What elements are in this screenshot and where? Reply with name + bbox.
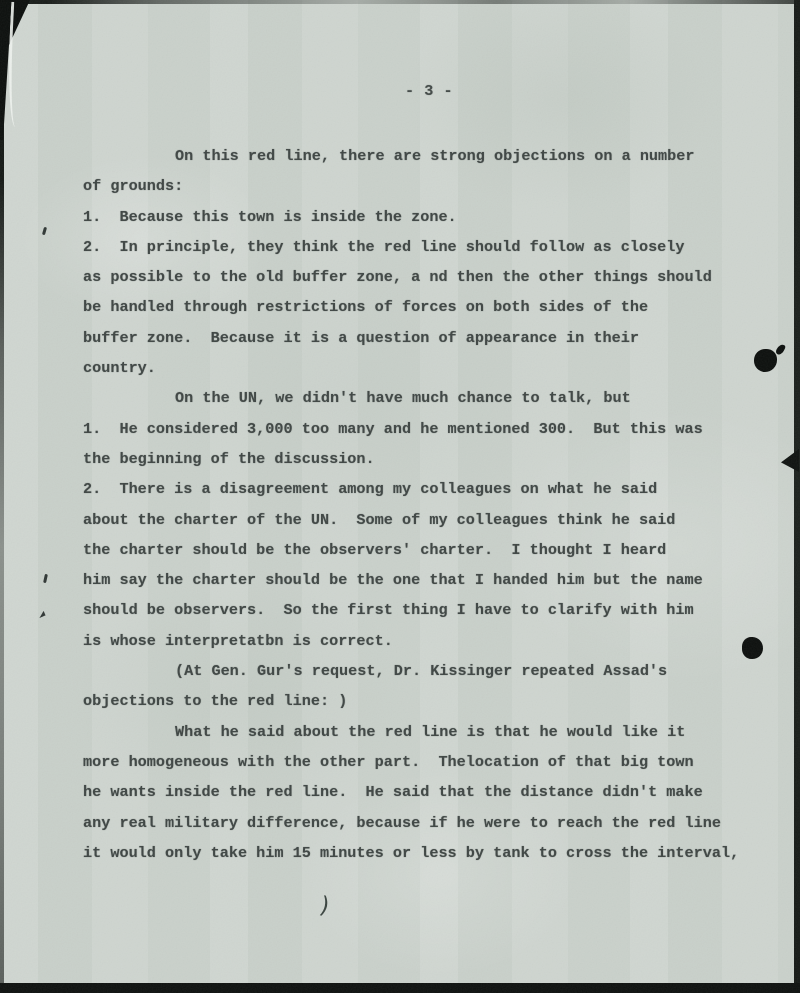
right-edge-ink-mark	[781, 449, 799, 472]
text-line: the beginning of the discussion.	[83, 444, 760, 474]
margin-pen-tick	[42, 227, 47, 236]
text-line: 1. Because this town is inside the zone.	[83, 202, 760, 232]
text-line: (At Gen. Gur's request, Dr. Kissinger re…	[83, 656, 760, 686]
text-line: should be observers. So the first thing …	[83, 595, 760, 625]
text-line: the charter should be the observers' cha…	[83, 535, 760, 565]
text-line: 2. There is a disagreement among my coll…	[83, 474, 760, 504]
text-line: him say the charter should be the one th…	[83, 565, 760, 595]
ink-blot	[754, 349, 777, 372]
margin-pen-tick	[43, 574, 48, 583]
text-line: buffer zone. Because it is a question of…	[83, 323, 760, 353]
text-line: 2. In principle, they think the red line…	[83, 232, 760, 262]
margin-pen-tick	[37, 611, 45, 618]
scanned-page: - 3 - On this red line, there are strong…	[0, 0, 800, 993]
text-line: On the UN, we didn't have much chance to…	[83, 383, 760, 413]
text-line: is whose interpretatbn is correct.	[83, 626, 760, 656]
text-line: he wants inside the red line. He said th…	[83, 777, 760, 807]
text-line: as possible to the old buffer zone, a nd…	[83, 262, 760, 292]
handwritten-paren-mark: )	[317, 892, 331, 919]
page-number: - 3 -	[405, 82, 453, 100]
scan-edge-bottom	[0, 983, 800, 993]
text-line: about the charter of the UN. Some of my …	[83, 505, 760, 535]
scan-edge-left	[0, 0, 4, 993]
ink-blot	[742, 637, 763, 659]
text-line: of grounds:	[83, 171, 760, 201]
text-line: What he said about the red line is that …	[83, 717, 760, 747]
text-line: 1. He considered 3,000 too many and he m…	[83, 414, 760, 444]
text-line: be handled through restrictions of force…	[83, 292, 760, 322]
text-line: country.	[83, 353, 760, 383]
text-line: any real military difference, because if…	[83, 808, 760, 838]
text-line: it would only take him 15 minutes or les…	[83, 838, 760, 868]
scan-edge-top	[0, 0, 800, 4]
text-line: On this red line, there are strong objec…	[83, 141, 760, 171]
document-body: On this red line, there are strong objec…	[83, 141, 760, 868]
text-line: more homogeneous with the other part. Th…	[83, 747, 760, 777]
scan-edge-right	[794, 0, 800, 993]
text-line: objections to the red line: )	[83, 686, 760, 716]
